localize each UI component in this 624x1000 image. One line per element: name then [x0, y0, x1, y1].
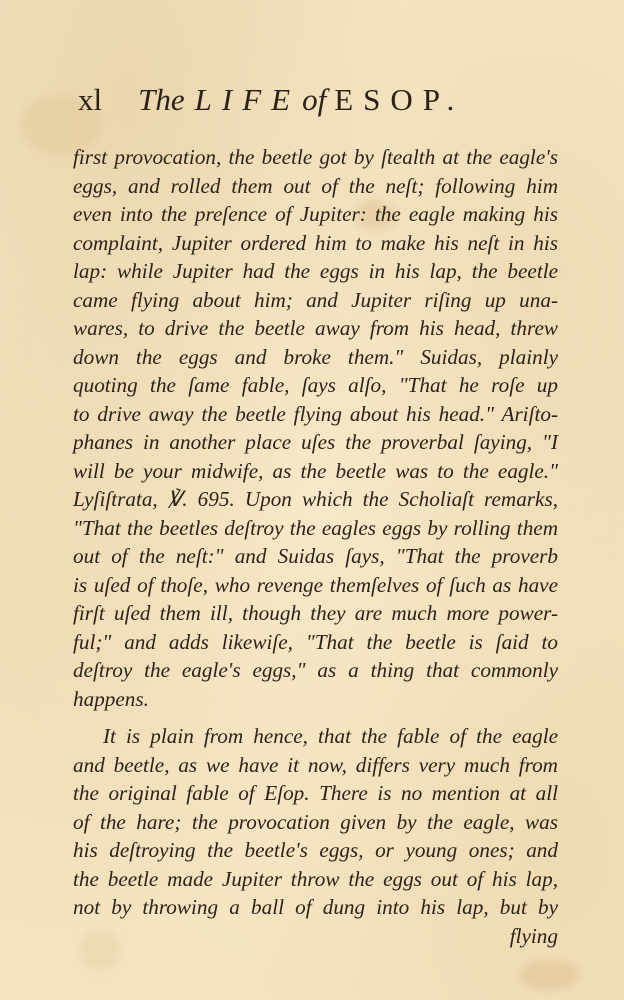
text-line: eggs, and rolled them out of the neſt; f…: [73, 172, 558, 201]
paper-stain: [520, 960, 580, 990]
text-line: even into the preſence of Jupiter: the e…: [73, 200, 558, 229]
text-line: "That the beetles deſtroy the eagles egg…: [73, 514, 558, 543]
text-line: to drive away the beetle flying about hi…: [73, 400, 558, 429]
text-line: firſt uſed them ill, though they are muc…: [73, 599, 558, 628]
text-line: and beetle, as we have it now, differs v…: [73, 751, 558, 780]
running-head: xl The LIFE of ESOP.: [78, 82, 464, 122]
text-line: came flying about him; and Jupiter riſin…: [73, 286, 558, 315]
paragraph-2: It is plain from hence, that the fable o…: [73, 722, 558, 950]
text-line: will be your midwife, as the beetle was …: [73, 457, 558, 486]
text-line: It is plain from hence, that the fable o…: [73, 722, 558, 751]
text-line: wares, to drive the beetle away from his…: [73, 314, 558, 343]
running-title-the: The: [138, 82, 185, 118]
text-line: lap: while Jupiter had the eggs in his l…: [73, 257, 558, 286]
text-line: deſtroy the eagle's eggs," as a thing th…: [73, 656, 558, 685]
book-page: xl The LIFE of ESOP. first provocation, …: [0, 0, 624, 1000]
text-line: ful;" and adds likewiſe, "That the beetl…: [73, 628, 558, 657]
running-title-life: LIFE: [195, 82, 300, 118]
text-line: down the eggs and broke them." Suidas, p…: [73, 343, 558, 372]
page-number: xl: [78, 82, 102, 118]
text-line: Lyſiſtrata, ℣. 695. Upon which the Schol…: [73, 485, 558, 514]
text-line: of the hare; the provocation given by th…: [73, 808, 558, 837]
text-line: first provocation, the beetle got by ſte…: [73, 143, 558, 172]
text-line: happens.: [73, 685, 558, 714]
text-line: complaint, Jupiter ordered him to make h…: [73, 229, 558, 258]
text-line: the original fable of Eſop. There is no …: [73, 779, 558, 808]
text-line: not by throwing a ball of dung into his …: [73, 893, 558, 922]
text-line: out of the neſt:" and Suidas ſays, "That…: [73, 542, 558, 571]
text-line: is uſed of thoſe, who revenge themſelves…: [73, 571, 558, 600]
catchword: flying: [73, 922, 558, 951]
text-line: phanes in another place uſes the proverb…: [73, 428, 558, 457]
paragraph-1: first provocation, the beetle got by ſte…: [73, 143, 558, 713]
text-line: quoting the ſame fable, ſays alſo, "That…: [73, 371, 558, 400]
running-title-esop: ESOP.: [334, 82, 464, 118]
text-line: the beetle made Jupiter throw the eggs o…: [73, 865, 558, 894]
running-title-of: of: [302, 82, 326, 118]
text-line: his deſtroying the beetle's eggs, or you…: [73, 836, 558, 865]
